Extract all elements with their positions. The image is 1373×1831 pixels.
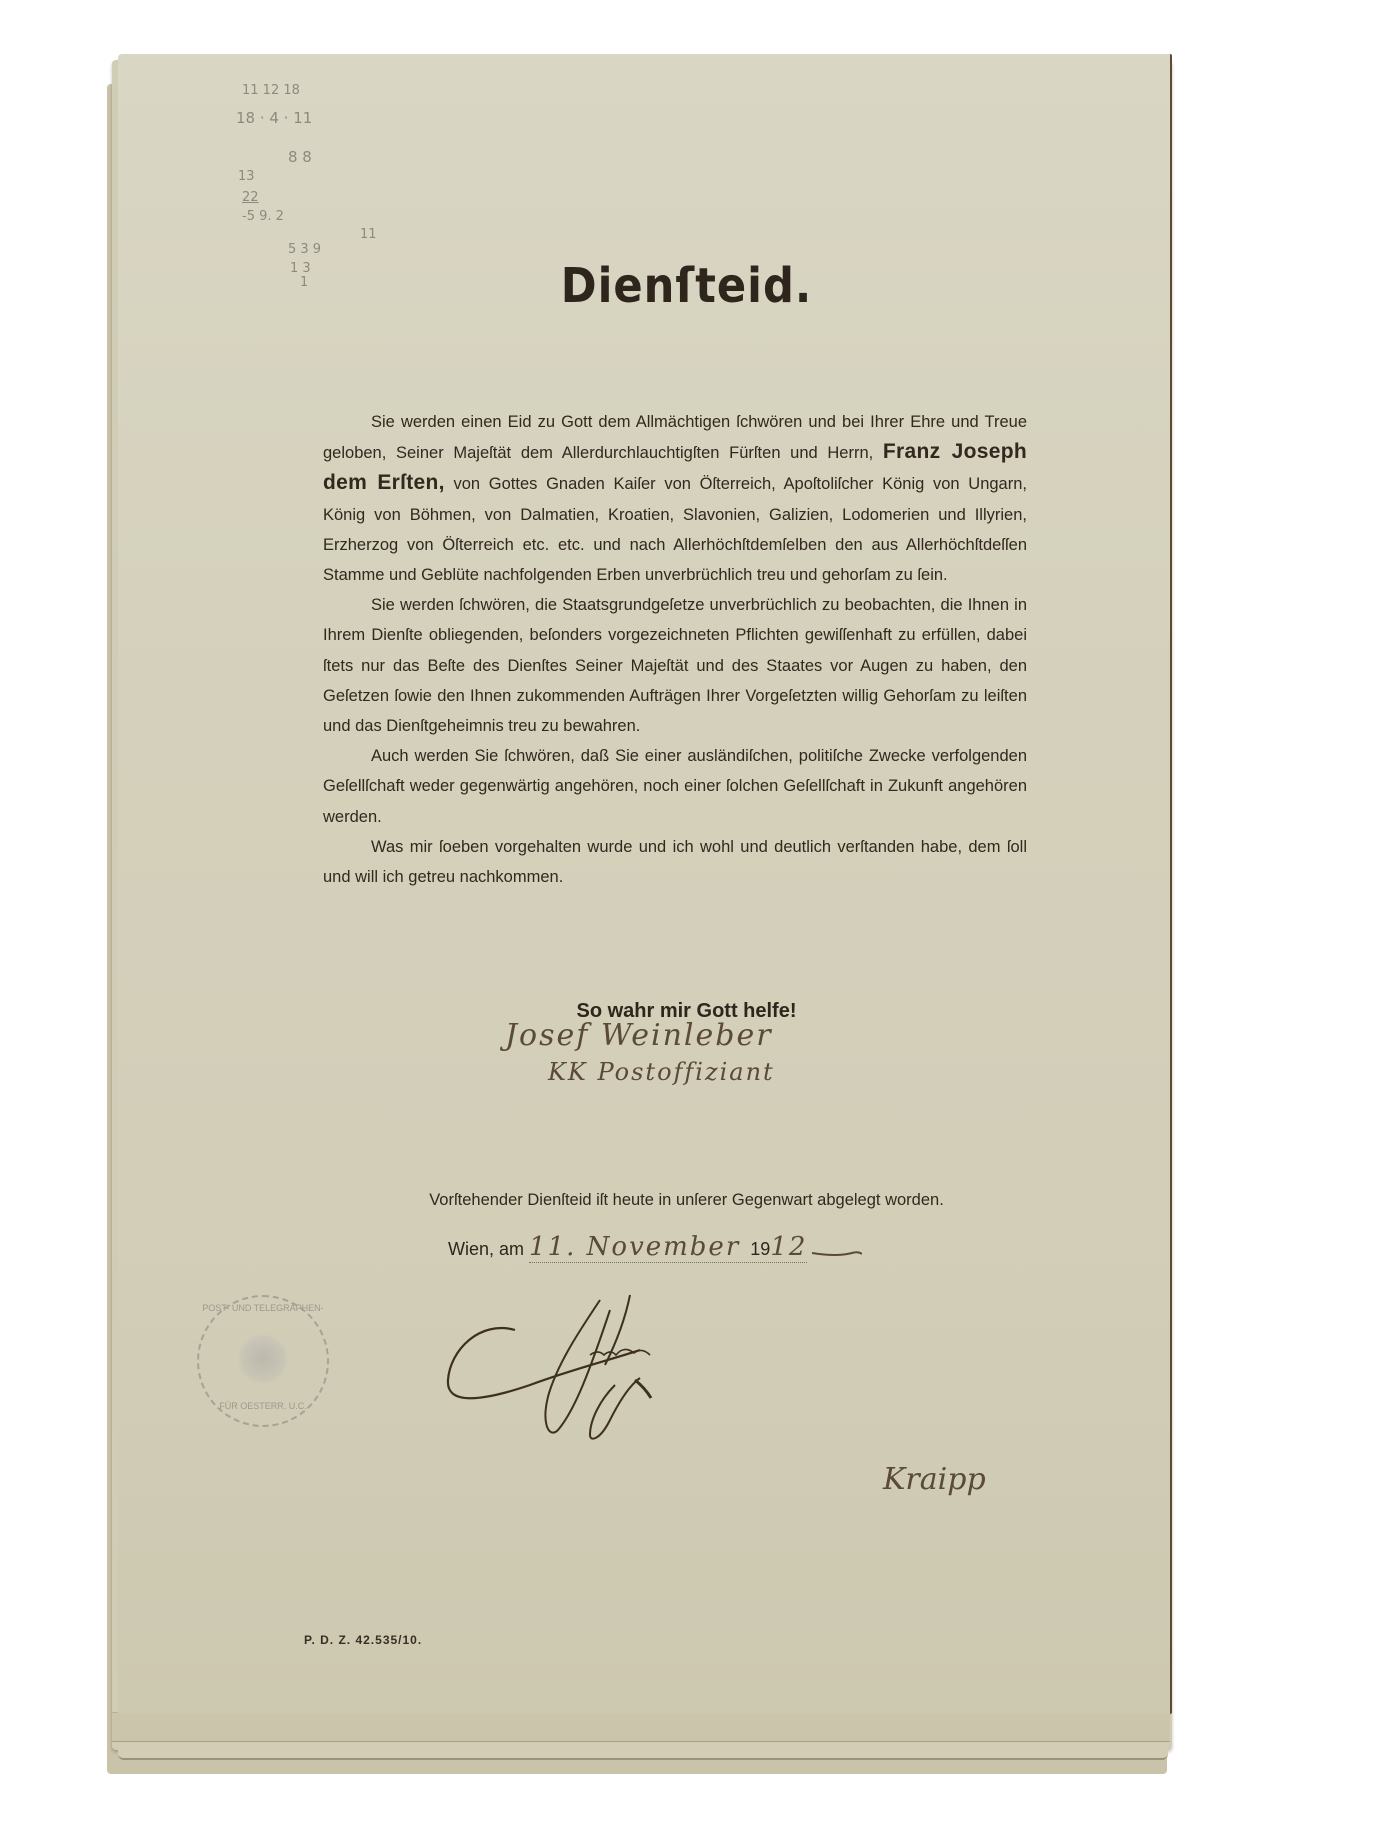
official-stamp: POST- UND TELEGRAPHEN- FÜR OESTERR. U.C. <box>197 1295 329 1427</box>
eagle-emblem-icon <box>237 1333 289 1385</box>
stamp-text-top: POST- UND TELEGRAPHEN- <box>199 1303 327 1313</box>
oath-body: Sie werden einen Eid zu Gott dem Allmäch… <box>323 407 1027 892</box>
second-signature: Kraipp <box>883 1462 986 1497</box>
date-place: Wien, am <box>448 1239 524 1259</box>
pencil-note: 18 · 4 · 11 <box>236 111 312 126</box>
pencil-note: 5 3 9 <box>288 243 321 256</box>
oath-paragraph-4: Was mir ſoeben vorgehalten wurde und ich… <box>323 832 1027 892</box>
form-number: P. D. Z. 42.535/10. <box>304 1633 422 1647</box>
pencil-note: 11 <box>360 228 377 241</box>
pencil-note: 11 12 18 <box>242 84 300 97</box>
date-flourish-icon <box>812 1243 862 1259</box>
oath-paragraph-3: Auch werden Sie ſchwören, daß Sie einer … <box>323 741 1027 832</box>
pencil-note: 22 <box>242 191 259 204</box>
date-day-month: 11. November <box>529 1232 740 1262</box>
pencil-note: 13 <box>238 170 255 183</box>
pencil-note: -5 9. 2 <box>242 210 284 223</box>
witness-statement: Vorſtehender Dienſteid iſt heute in unſe… <box>0 1191 1373 1210</box>
paper-stack-bottom-edge-lower <box>118 1742 1168 1760</box>
oath-paragraph-1: Sie werden einen Eid zu Gott dem Allmäch… <box>323 407 1027 590</box>
signatory-role: KK Postoffiziant <box>548 1058 775 1086</box>
paper-stack-bottom-edge <box>112 1712 1170 1742</box>
date-line: Wien, am 11. November 1912 <box>448 1232 862 1263</box>
official-signature-flourish-icon <box>440 1290 700 1460</box>
document-title: Dienſteid. <box>0 258 1373 314</box>
date-fill: 11. November 1912 <box>529 1232 807 1263</box>
date-year-handwritten: 12 <box>770 1232 807 1262</box>
oath-paragraph-2: Sie werden ſchwören, die Staatsgrundgeſe… <box>323 590 1027 741</box>
date-year-printed: 19 <box>750 1239 770 1259</box>
signatory-signature: Josef Weinleber <box>505 1018 773 1053</box>
pencil-note: 8 8 <box>288 150 312 165</box>
stamp-text-bottom: FÜR OESTERR. U.C. <box>199 1401 327 1411</box>
